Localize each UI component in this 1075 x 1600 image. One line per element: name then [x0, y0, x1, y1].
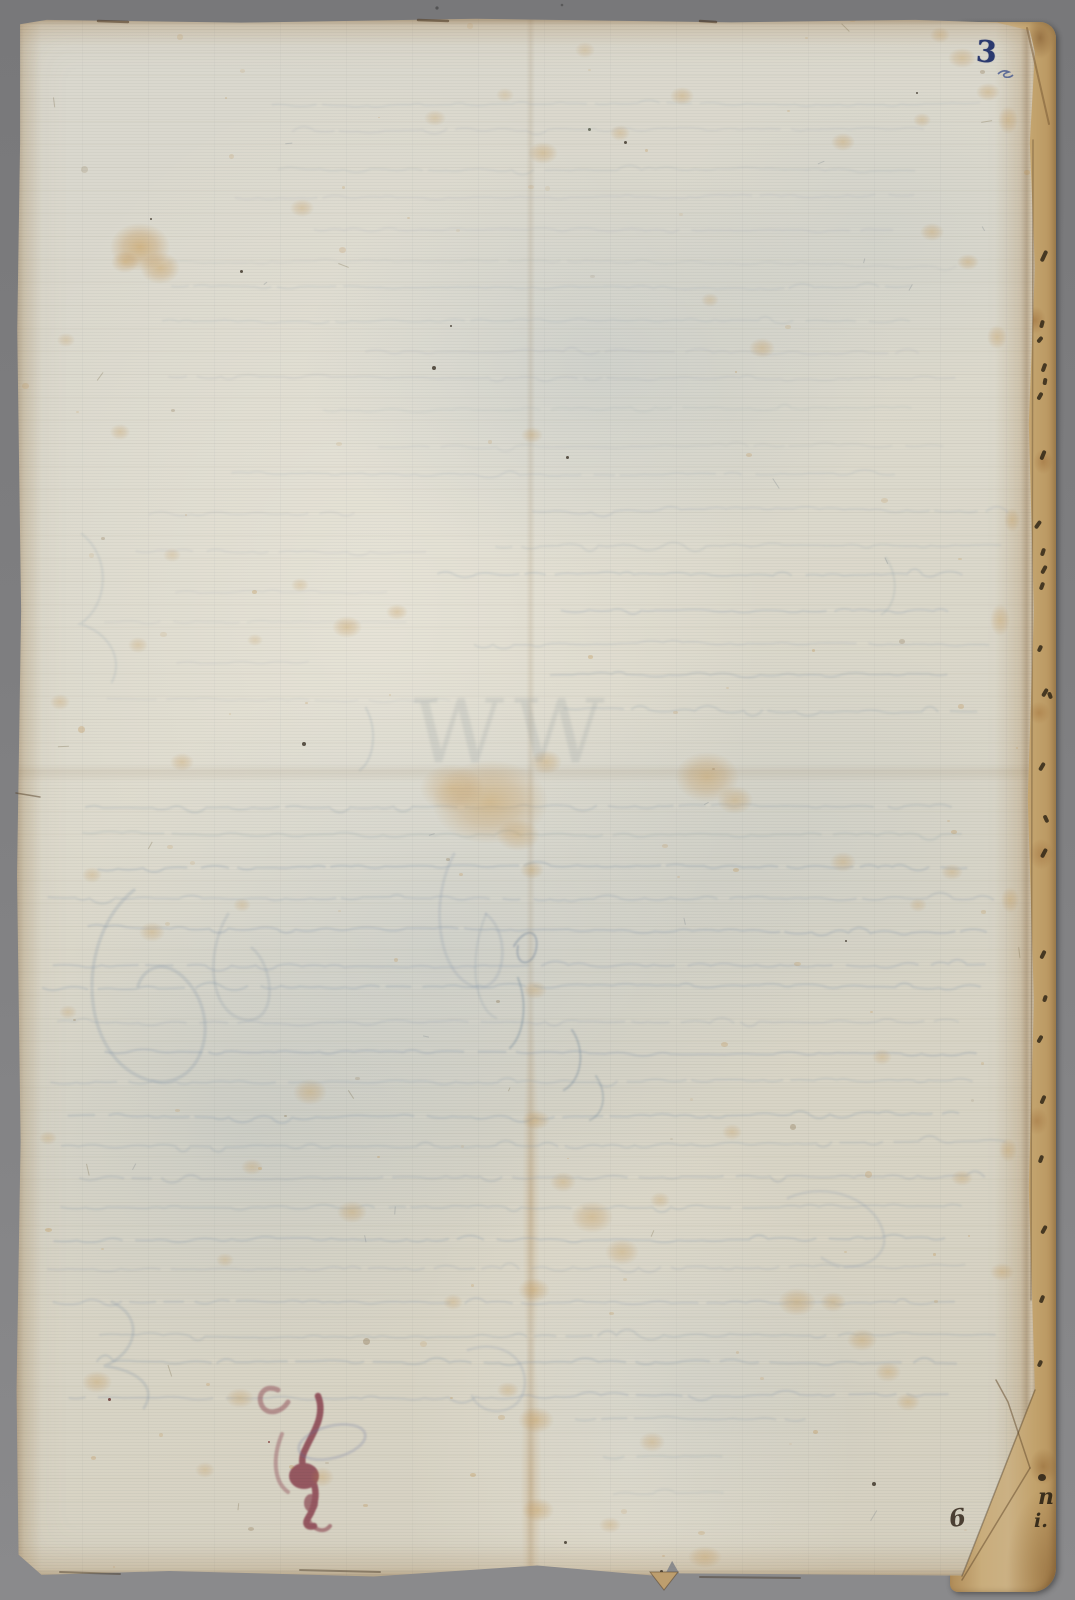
manuscript-page: WW 3 6 — [16, 18, 1038, 1578]
underlying-ink-stroke — [1040, 565, 1047, 575]
papermaker-watermark: WW — [410, 680, 635, 810]
corner-ink-mark: 6 — [947, 1505, 967, 1531]
underlying-ink-stroke — [1039, 1295, 1045, 1304]
underlying-ink-stroke — [1036, 336, 1043, 344]
underlying-ink-stroke — [1039, 950, 1046, 960]
underlying-ink-stroke — [1040, 848, 1048, 858]
underlying-ink-stroke — [1039, 1095, 1046, 1105]
underlying-ink-stroke — [1037, 645, 1043, 653]
underlying-ink-stroke — [1042, 378, 1047, 386]
faint-oval-stamp — [295, 1418, 369, 1466]
underlying-ink-stroke — [1041, 363, 1047, 373]
dust-speck — [435, 6, 438, 9]
underlying-ink-stroke — [1038, 1155, 1044, 1164]
underlying-text-fragment: n — [1038, 1484, 1054, 1510]
underlying-ink-stroke — [1042, 995, 1047, 1003]
underlying-ink-stroke — [1036, 392, 1043, 401]
underlying-ink-stroke — [1040, 250, 1048, 262]
underlying-ink-stroke — [1036, 1035, 1043, 1044]
underlying-ink-stroke — [1047, 692, 1053, 700]
underlying-ink-stroke — [1039, 450, 1046, 461]
underlying-ink-stroke — [1034, 520, 1042, 529]
underlying-ink-stroke — [1039, 582, 1045, 591]
underlying-ink-blot — [1038, 1474, 1046, 1481]
dust-speck — [561, 4, 564, 7]
underlying-ink-stroke — [1039, 320, 1044, 329]
underlying-text-fragment: i. — [1034, 1510, 1048, 1532]
red-ink-mark — [260, 1388, 330, 1530]
ink-scribble-mark — [998, 71, 1013, 77]
underlying-ink-stroke — [1038, 762, 1046, 772]
underlying-ink-stroke — [1042, 815, 1049, 824]
underlying-ink-stroke — [1037, 1360, 1043, 1368]
underlying-ink-stroke — [1040, 1225, 1047, 1235]
page-number: 3 — [975, 37, 998, 68]
scan-background: ni. WW 3 6 — [0, 0, 1075, 1600]
underlying-ink-stroke — [1040, 548, 1046, 557]
